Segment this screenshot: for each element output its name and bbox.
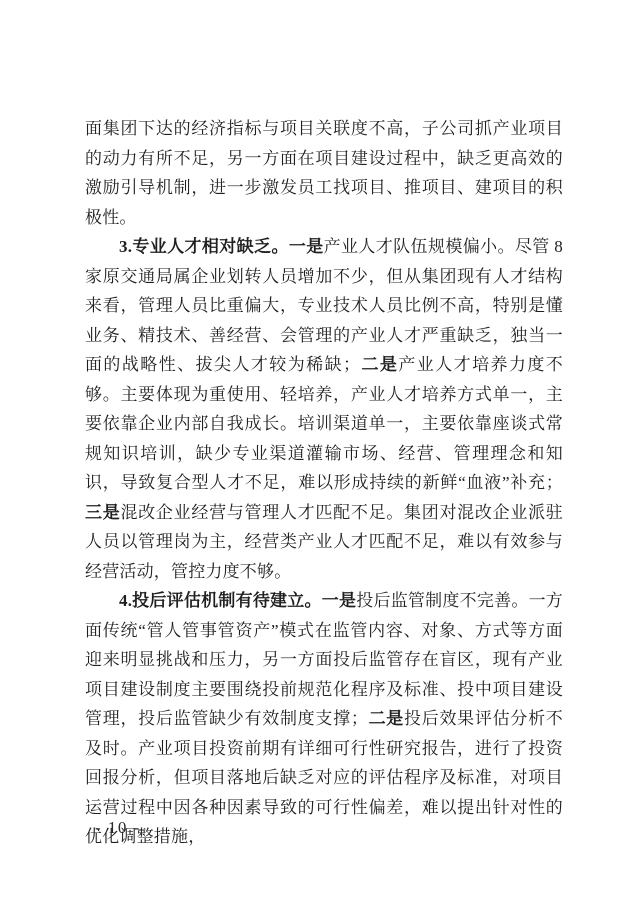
bold-text-run: 三是	[85, 503, 120, 522]
text-run: 投后效果评估分析不及时。产业项目投资前期有详细可行性研究报告，进行了投资回报分析…	[85, 709, 563, 846]
paragraph: 面集团下达的经济指标与项目关联度不高，子公司抓产业项目的动力有所不足，另一方面在…	[85, 114, 563, 232]
text-run: 面集团下达的经济指标与项目关联度不高，子公司抓产业项目的动力有所不足，另一方面在…	[85, 119, 563, 227]
page-number: - 10 -	[95, 818, 141, 838]
text-run: 产业人才培养力度不够。主要体现为重使用、轻培养，产业人才培养方式单一，主要依靠企…	[85, 355, 563, 492]
text-run: 投后监管制度不完善。一方面传统“管人管事管资产”模式在监管内容、对象、方式等方面…	[85, 591, 563, 728]
bold-text-run: 3.专业人才相对缺乏。一是	[119, 237, 324, 256]
bold-text-run: 二是	[368, 709, 404, 728]
text-run: 产业人才队伍规模偏小。尽管 8 家原交通局属企业划转人员增加不少，但从集团现有人…	[85, 237, 563, 374]
bold-text-run: 二是	[360, 355, 398, 374]
bold-text-run: 4.投后评估机制有待建立。一是	[119, 591, 356, 610]
document-body: 面集团下达的经济指标与项目关联度不高，子公司抓产业项目的动力有所不足，另一方面在…	[85, 114, 563, 852]
paragraph: 3.专业人才相对缺乏。一是产业人才队伍规模偏小。尽管 8 家原交通局属企业划转人…	[85, 232, 563, 586]
text-run: 混改企业经营与管理人才匹配不足。集团对混改企业派驻人员以管理岗为主，经营类产业人…	[85, 503, 563, 581]
paragraph: 4.投后评估机制有待建立。一是投后监管制度不完善。一方面传统“管人管事管资产”模…	[85, 586, 563, 852]
document-page: 面集团下达的经济指标与项目关联度不高，子公司抓产业项目的动力有所不足，另一方面在…	[0, 0, 636, 900]
